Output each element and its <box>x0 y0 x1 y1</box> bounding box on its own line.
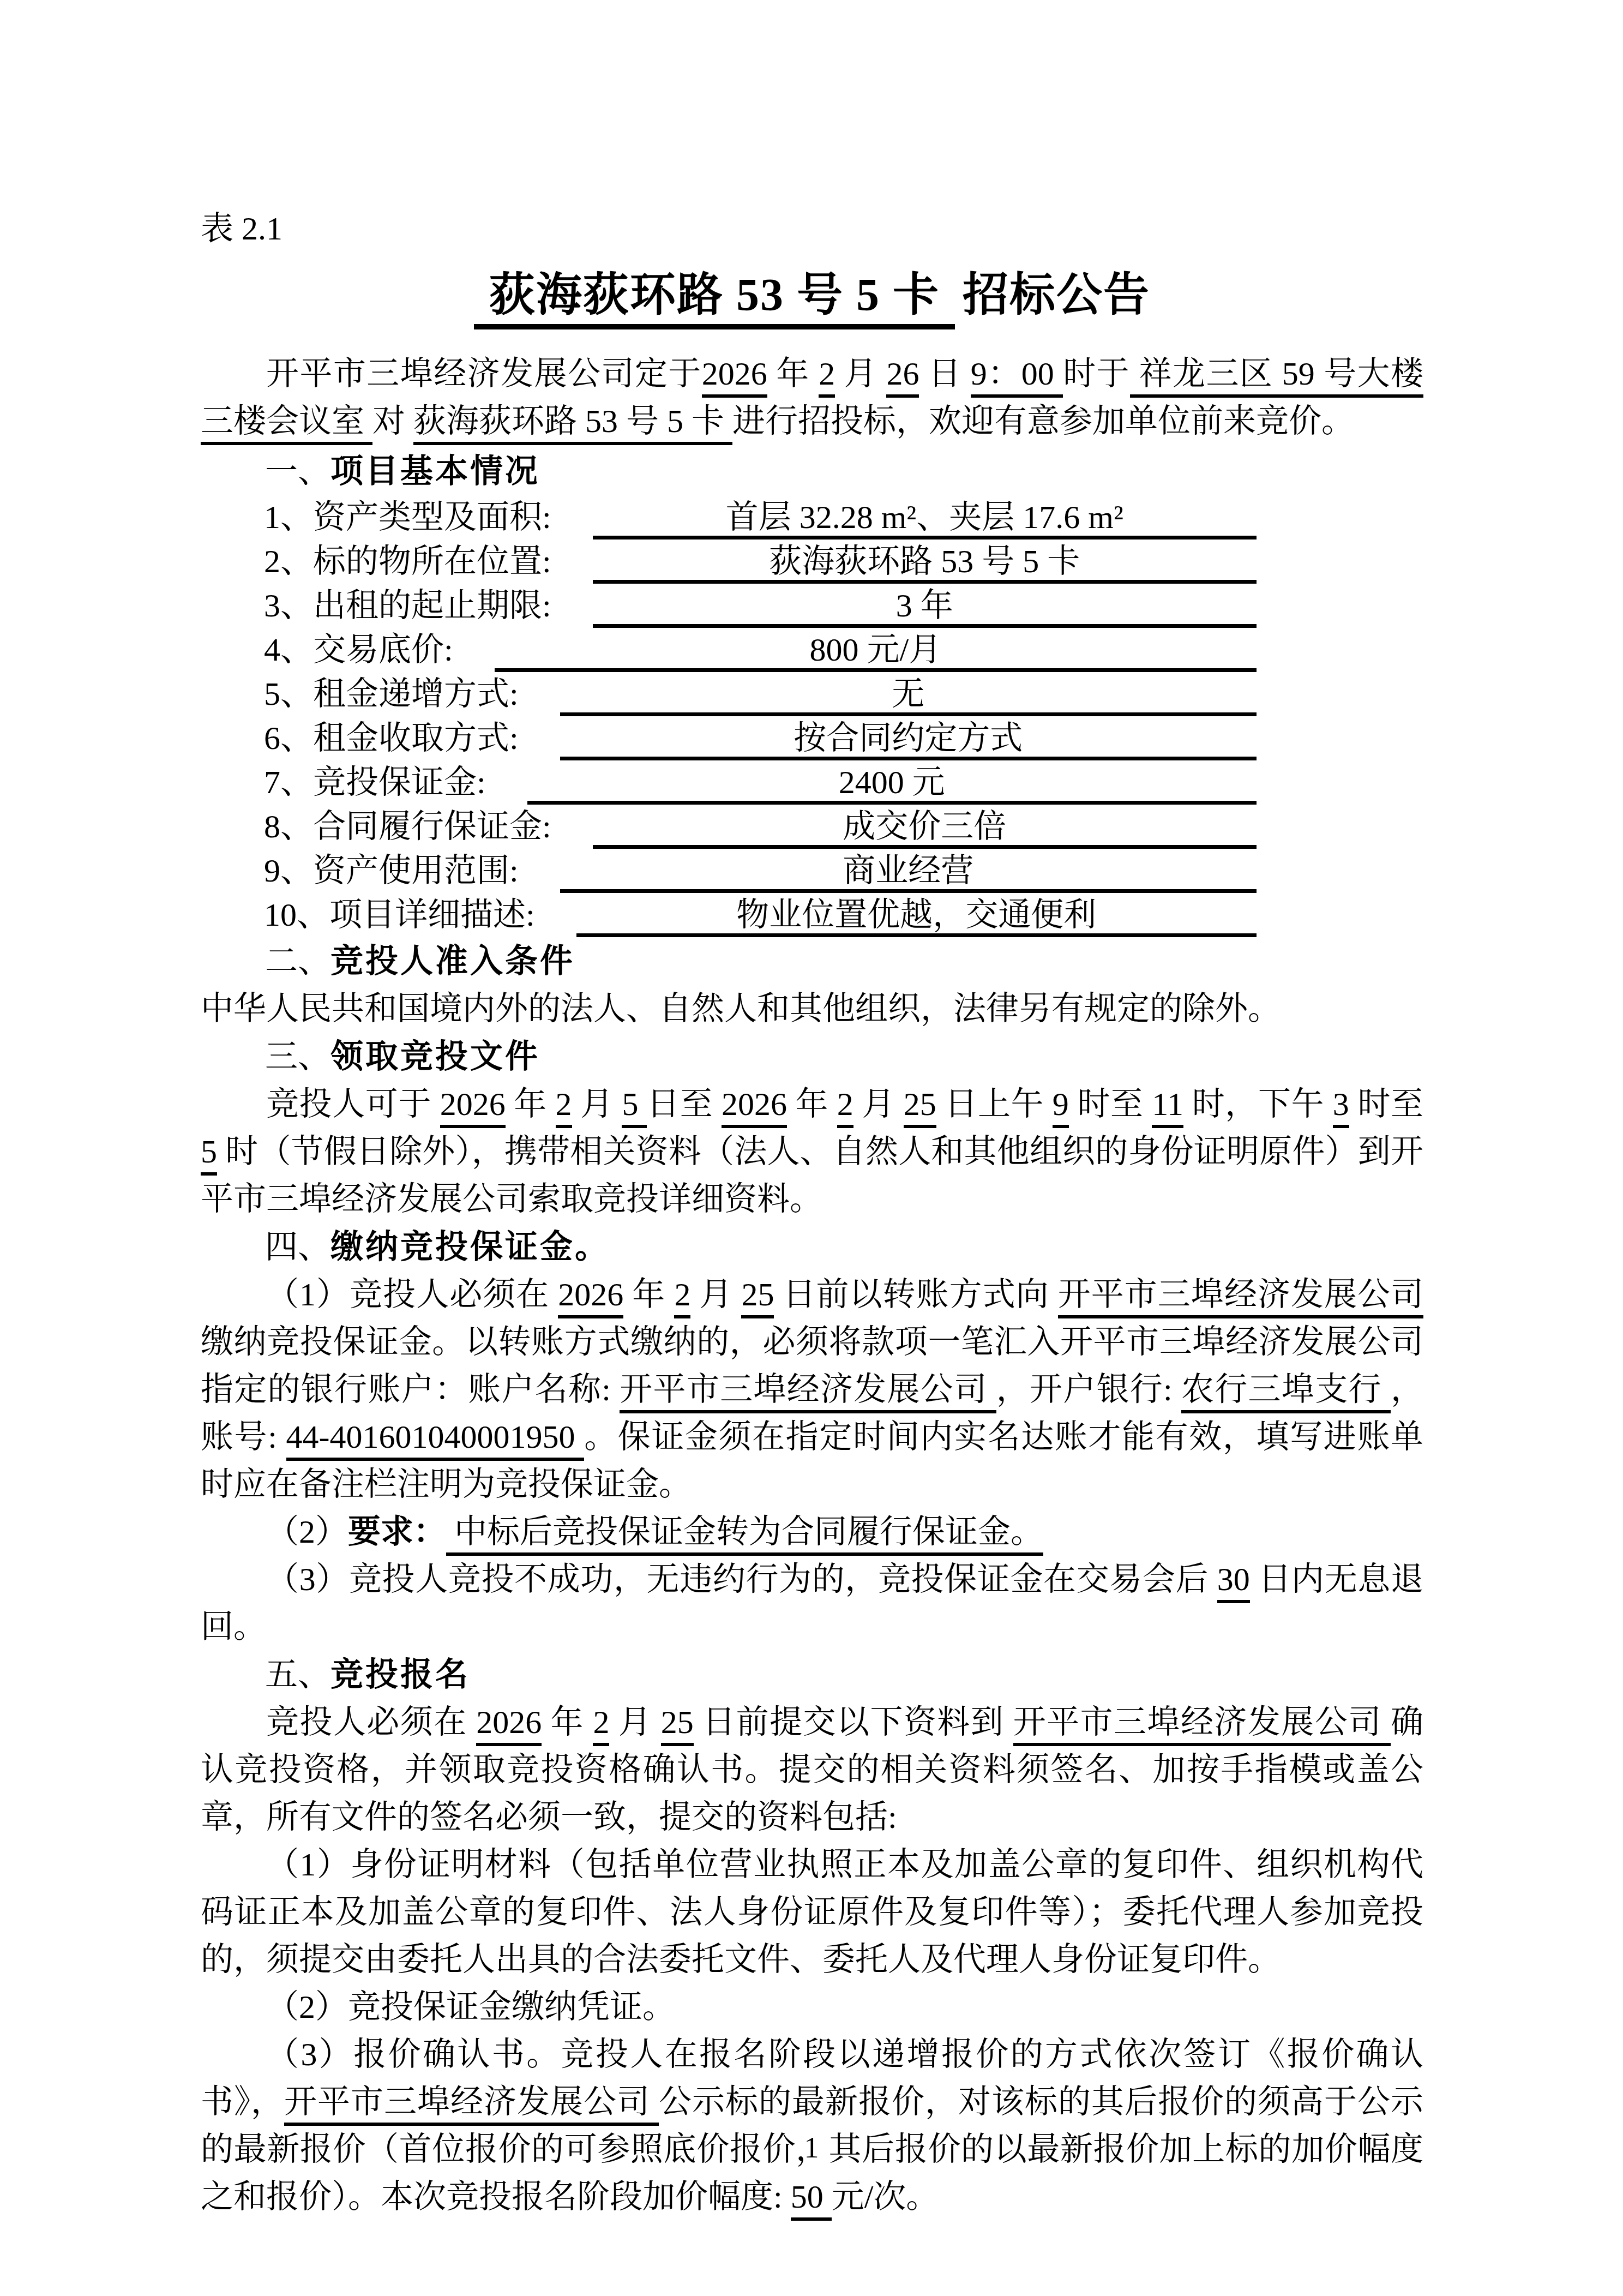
item-value: 成交价三倍 <box>593 805 1257 849</box>
section-4-heading: 四、缴纳竞投保证金。 <box>201 1223 1423 1271</box>
item-value: 首层 32.28 m²、夹层 17.6 m² <box>593 495 1257 539</box>
section-5-paragraph-4: （3）报价确认书。竞投人在报名阶段以递增报价的方式依次签订《报价确认书》，开平市… <box>201 2031 1423 2221</box>
text-segment: 月 <box>835 356 886 392</box>
project-item-row-6: 6、租金收取方式: 按合同约定方式 <box>264 716 1257 760</box>
item-underline-field: 商业经营 <box>560 849 1257 893</box>
text-segment-underlined: 50 <box>791 2179 832 2221</box>
text-segment: （2） <box>266 1514 348 1550</box>
item-value: 荻海荻环路 53 号 5 卡 <box>593 539 1257 584</box>
section-4-paragraph-2: （2）要求： 中标后竞投保证金转为合同履行保证金。 <box>201 1508 1423 1556</box>
text-segment-underlined: 30 <box>1217 1561 1250 1603</box>
text-segment: 时于 <box>1063 356 1130 392</box>
text-segment: 时，下午 <box>1183 1086 1333 1122</box>
section-2-title: 竞投人准入条件 <box>330 943 575 979</box>
text-segment: 日前以转账方式向 <box>774 1276 1057 1312</box>
text-segment: 年 <box>787 1086 837 1122</box>
text-segment-underlined: 开平市三埠经济发展公司 <box>1013 1704 1391 1746</box>
section-2-body: 中华人民共和国境内外的法人、自然人和其他组织，法律另有规定的除外。 <box>201 985 1423 1033</box>
item-label: 6、租金收取方式: <box>264 716 519 760</box>
text-segment-underlined: 9 <box>1053 1086 1069 1128</box>
section-4-paragraph-3: （3）竞投人竞投不成功，无违约行为的，竞投保证金在交易会后 30 日内无息退 回… <box>201 1556 1423 1651</box>
text-segment: 日至 <box>647 1086 722 1122</box>
text-segment-underlined: 中标后竞投保证金转为合同履行保证金。 <box>446 1514 1043 1556</box>
text-segment: （3）竞投人竞投不成功，无违约行为的，竞投保证金在交易会后 <box>266 1561 1217 1597</box>
document-content: 表 2.1 荻海荻环路 53 号 5 卡招标公告 开平市三埠经济发展公司定于20… <box>201 208 1423 2221</box>
section-3-number: 三、 <box>265 1039 330 1075</box>
project-item-row-1: 1、资产类型及面积: 首层 32.28 m²、夹层 17.6 m² <box>264 495 1257 539</box>
page-number: 1 <box>0 2131 1623 2165</box>
text-segment: 时至 <box>1349 1086 1423 1122</box>
section-5-number: 五、 <box>265 1657 330 1693</box>
project-item-row-10: 10、项目详细描述: 物业位置优越，交通便利 <box>264 893 1257 937</box>
text-segment-underlined: 2 <box>556 1086 572 1128</box>
title-plain-text: 招标公告 <box>955 270 1150 321</box>
item-label: 9、资产使用范围: <box>264 849 519 893</box>
text-segment-underlined: 2026 <box>722 1086 787 1128</box>
text-segment: 年 <box>506 1086 556 1122</box>
text-segment-underlined: 2026 <box>558 1276 623 1318</box>
item-label: 3、出租的起止期限: <box>264 584 551 628</box>
text-segment-underlined: 开平市三埠经济发展公司 <box>284 2084 659 2126</box>
text-segment-underlined: 农行三埠支行 <box>1181 1371 1391 1413</box>
text-segment-underlined: 2 <box>593 1704 609 1746</box>
section-5-paragraph-2: （1）身份证明材料（包括单位营业执照正本及加盖公章的复印件、组织机构代码证正本及… <box>201 1841 1423 1983</box>
text-segment-underlined: 5 <box>201 1134 217 1176</box>
item-label: 1、资产类型及面积: <box>264 495 551 539</box>
text-segment: 月 <box>572 1086 622 1122</box>
text-segment-underlined: 5 <box>622 1086 647 1128</box>
item-label: 4、交易底价: <box>264 628 453 672</box>
text-segment-underlined: 44-401601040001950 <box>286 1419 585 1461</box>
section-2-heading: 二、竞投人准入条件 <box>201 937 1423 985</box>
item-underline-field: 800 元/月 <box>495 628 1257 672</box>
text-segment: 年 <box>623 1276 674 1312</box>
text-segment-underlined: 2 <box>837 1086 853 1128</box>
project-item-row-5: 5、租金递增方式: 无 <box>264 672 1257 716</box>
text-segment: 月 <box>853 1086 904 1122</box>
text-segment: 日 <box>919 356 970 392</box>
project-item-row-3: 3、出租的起止期限: 3 年 <box>264 584 1257 628</box>
text-segment: 元/次。 <box>832 2179 939 2215</box>
item-underline-field: 按合同约定方式 <box>560 716 1257 760</box>
text-segment: 日上午 <box>936 1086 1053 1122</box>
section-5-title: 竞投报名 <box>330 1656 470 1693</box>
item-value: 3 年 <box>593 584 1257 628</box>
text-segment-underlined: 开平市三埠经济发展公司 <box>1058 1276 1423 1318</box>
project-item-row-4: 4、交易底价: 800 元/月 <box>264 628 1257 672</box>
item-label: 10、项目详细描述: <box>264 893 535 937</box>
title-underlined-text: 荻海荻环路 53 号 5 卡 <box>474 270 955 329</box>
section-4-title: 缴纳竞投保证金。 <box>330 1228 610 1265</box>
text-segment: 对 <box>372 403 413 439</box>
text-segment-underlined: 3 <box>1333 1086 1349 1128</box>
section-1-title: 项目基本情况 <box>330 453 540 489</box>
item-underline-field: 物业位置优越，交通便利 <box>576 893 1257 937</box>
text-segment-underlined: 荻海荻环路 53 号 5 卡 <box>413 403 732 445</box>
section-5-paragraph-3: （2）竞投保证金缴纳凭证。 <box>201 1983 1423 2031</box>
item-label: 8、合同履行保证金: <box>264 805 551 849</box>
section-3-heading: 三、领取竞投文件 <box>201 1033 1423 1081</box>
project-item-row-7: 7、竞投保证金: 2400 元 <box>264 760 1257 805</box>
item-underline-field: 3 年 <box>593 584 1257 628</box>
item-underline-field: 荻海荻环路 53 号 5 卡 <box>593 539 1257 584</box>
item-value: 800 元/月 <box>495 628 1257 672</box>
text-segment: 年 <box>542 1704 593 1740</box>
project-item-row-2: 2、标的物所在位置: 荻海荻环路 53 号 5 卡 <box>264 539 1257 584</box>
item-underline-field: 无 <box>560 672 1257 716</box>
section-3-paragraph: 竞投人可于 2026 年 2 月 5 日至 2026 年 2 月 25 日上午 … <box>201 1081 1423 1223</box>
section-3-title: 领取竞投文件 <box>330 1038 540 1075</box>
text-segment-underlined: 26 <box>886 356 919 398</box>
project-item-row-8: 8、合同履行保证金: 成交价三倍 <box>264 805 1257 849</box>
text-segment: 年 <box>767 356 819 392</box>
text-segment: 竞投人可于 <box>266 1086 440 1122</box>
item-value: 无 <box>560 672 1257 716</box>
text-segment-underlined: 25 <box>741 1276 774 1318</box>
text-segment: 时（节假日除外），携带相关资料（法人、自然人和其他组织的身份证明原件）到开平市三… <box>201 1134 1423 1217</box>
section-4-number: 四、 <box>265 1229 330 1265</box>
text-segment-underlined: 开平市三埠经济发展公司 <box>620 1371 996 1413</box>
section-1-heading: 一、项目基本情况 <box>201 447 1423 495</box>
text-segment-underlined: 25 <box>661 1704 694 1746</box>
section-1-number: 一、 <box>265 453 330 489</box>
item-value: 商业经营 <box>560 849 1257 893</box>
section-2-number: 二、 <box>265 943 330 979</box>
text-segment-underlined: 25 <box>904 1086 936 1128</box>
item-value: 按合同约定方式 <box>560 716 1257 760</box>
section-4-paragraph-1: （1）竞投人必须在 2026 年 2 月 25 日前以转账方式向 开平市三埠经济… <box>201 1271 1423 1508</box>
text-segment: 进行招投标，欢迎有意参加单位前来竞价。 <box>732 403 1354 439</box>
text-segment: 日前提交以下资料到 <box>694 1704 1013 1740</box>
document-title: 荻海荻环路 53 号 5 卡招标公告 <box>201 263 1423 328</box>
text-segment: 竞投人必须在 <box>266 1704 476 1740</box>
table-label: 表 2.1 <box>201 208 1423 249</box>
text-segment-underlined: 2 <box>674 1276 690 1318</box>
item-underline-field: 成交价三倍 <box>593 805 1257 849</box>
text-segment-underlined: 11 <box>1152 1086 1183 1128</box>
project-item-row-9: 9、资产使用范围: 商业经营 <box>264 849 1257 893</box>
item-underline-field: 2400 元 <box>527 760 1257 805</box>
item-label: 5、租金递增方式: <box>264 672 519 716</box>
text-segment-underlined: 9：00 <box>971 356 1063 398</box>
item-label: 7、竞投保证金: <box>264 760 486 805</box>
project-info-list: 1、资产类型及面积: 首层 32.28 m²、夹层 17.6 m² 2、标的物所… <box>264 495 1257 937</box>
item-underline-field: 首层 32.28 m²、夹层 17.6 m² <box>593 495 1257 539</box>
text-segment: 时至 <box>1069 1086 1152 1122</box>
text-segment: 开平市三埠经济发展公司定于 <box>266 356 702 392</box>
document-page: 表 2.1 荻海荻环路 53 号 5 卡招标公告 开平市三埠经济发展公司定于20… <box>0 0 1623 2296</box>
text-segment: 要求： <box>348 1514 446 1550</box>
item-value: 2400 元 <box>527 760 1257 805</box>
text-segment: 月 <box>690 1276 741 1312</box>
section-5-heading: 五、竞投报名 <box>201 1651 1423 1699</box>
text-segment: 月 <box>609 1704 660 1740</box>
text-segment-underlined: 2026 <box>440 1086 506 1128</box>
section-5-paragraph-1: 竞投人必须在 2026 年 2 月 25 日前提交以下资料到 开平市三埠经济发展… <box>201 1699 1423 1841</box>
item-label: 2、标的物所在位置: <box>264 539 551 584</box>
text-segment: （1）竞投人必须在 <box>266 1276 558 1312</box>
text-segment-underlined: 2026 <box>476 1704 542 1746</box>
text-segment: ，开户银行: <box>996 1371 1181 1407</box>
item-value: 物业位置优越，交通便利 <box>576 893 1257 937</box>
intro-paragraph: 开平市三埠经济发展公司定于2026 年 2 月 26 日 9：00 时于 祥龙三… <box>201 350 1423 445</box>
text-segment-underlined: 2 <box>819 356 835 398</box>
text-segment-underlined: 2026 <box>702 356 767 398</box>
